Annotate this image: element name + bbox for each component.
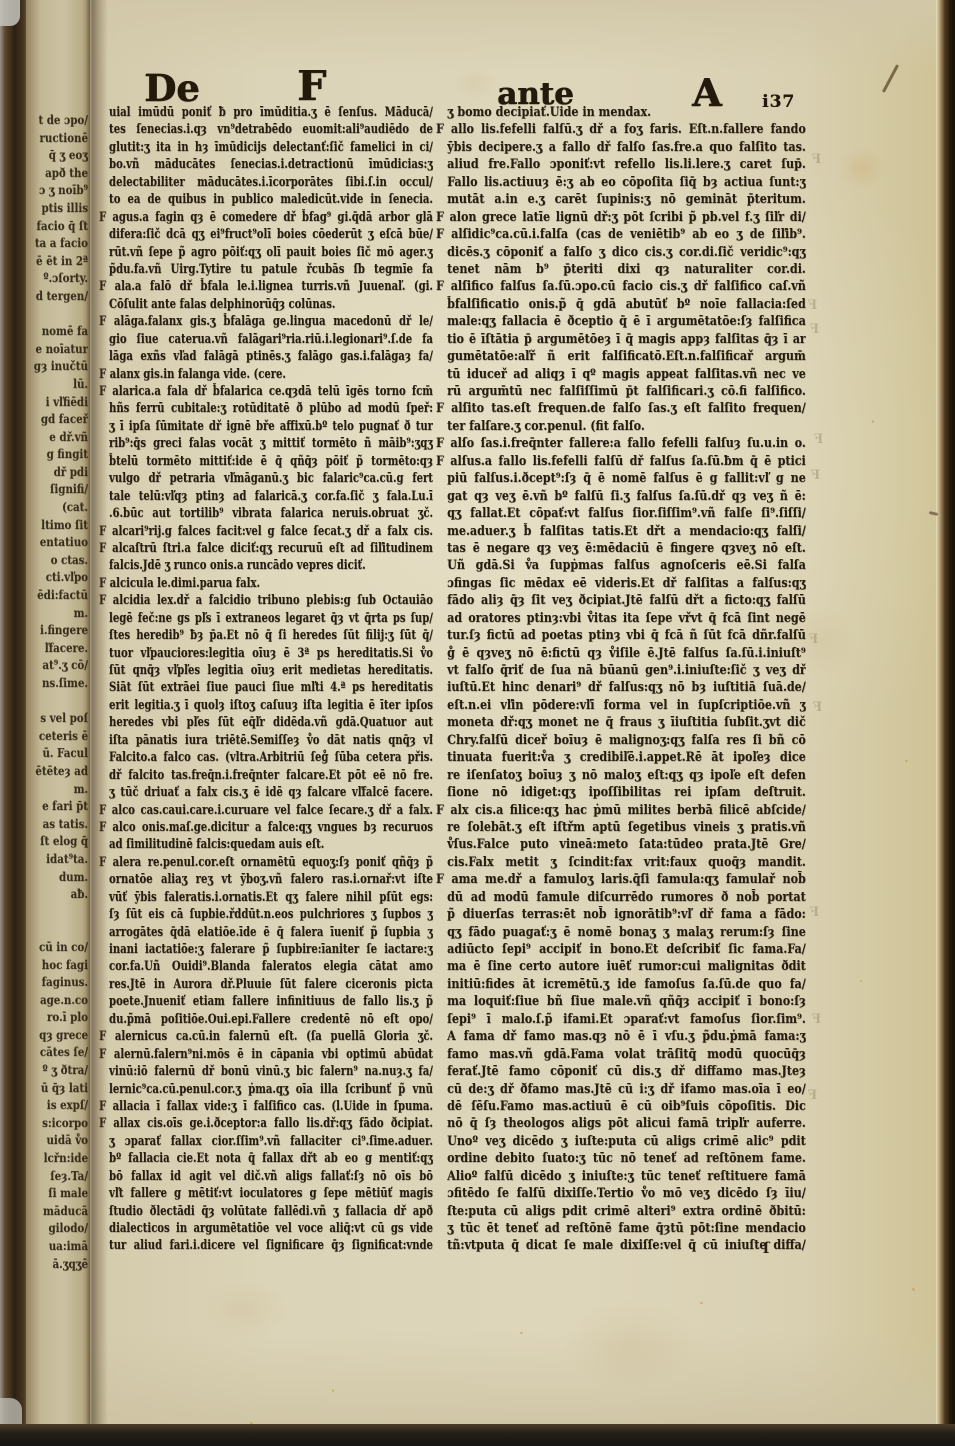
text-line: re ſolebāt.ʒ eſt iſtřm aptū ſegetibus vi…: [436, 819, 806, 836]
marginalia-line: [19, 693, 88, 711]
marginalia-line: e dř.vñ: [19, 429, 88, 447]
text-line: F alſus.a fallo lis.fefelli falſū dř fal…: [436, 453, 806, 470]
text-line: cū de:ʒ dř ðfamo mas.Jtē cū i:ʒ dř ifamo…: [436, 1081, 806, 1098]
paper-speck: [332, 1389, 334, 1392]
bleed-through-mark: F: [812, 152, 821, 167]
text-line: F alera re.penul.cor.eſt ornamētū equoʒ:…: [99, 854, 433, 871]
marginalia-line: ētēteȝ ad: [19, 763, 88, 781]
marginalia-line: m.: [19, 781, 88, 799]
text-line: adiūcto ſepi⁹ accipiť in bono.Et deſcrib…: [436, 941, 806, 958]
text-line: b̊telū tormēto mittiť:ide ē q̄ qñq̄ȝ pōi…: [99, 453, 433, 470]
text-line: tes ſenecias.i.qȝ vn⁹detrabēdo euomit:al…: [99, 121, 433, 138]
running-header-letter-f: F: [297, 62, 326, 110]
scan-corner-top-left: [0, 0, 20, 26]
text-line: ſte:puta cū aligs pdit crimē alteri⁹ ext…: [436, 1203, 806, 1220]
text-line: famo mas.vñ gdā.Fama volat trāſitq̄ modū…: [436, 1046, 806, 1063]
text-line: b̊falſificatio onis.p̃ q̄ gdā abutūť bº …: [436, 296, 806, 313]
marginalia-line: o ctas.: [19, 552, 88, 570]
bleed-through-mark: F: [809, 632, 818, 647]
text-line: F alcidia lex.dř a falcidio tribuno pleb…: [99, 592, 433, 609]
text-line: ſȝ ſūt eis cā ſupbie.řddūt.n.eos pulchri…: [99, 906, 433, 923]
marginalia-line: aƀ.: [19, 886, 88, 904]
marginalia-line: cū in co/: [19, 939, 88, 957]
marginalia-line: q̄ ʒ eoʒ: [19, 147, 88, 165]
bleed-through-mark: F: [814, 432, 823, 447]
text-line: Chry.falſū diceř boīuȝ ē malignoʒ:qʒ fal…: [436, 732, 806, 749]
marginalia-line: ſignifi/: [19, 481, 88, 499]
text-line: Fallo lis.actiuuȝ ē:ʒ ab eo cōpoſita ſiq…: [436, 174, 806, 191]
text-line: piū falſus.i.ðcept⁹:ſȝ q̄ ē nomē falſus …: [436, 470, 806, 487]
text-line: moneta dř:qʒ monet ne q̄ fraus ʒ īiuſtit…: [436, 714, 806, 731]
text-line: ad ſimilitudinē falcis:quedam auis eſt.: [99, 836, 433, 853]
fore-edge-shadow: [936, 0, 955, 1446]
text-line: Uñ gdā.Si v̊a ſupṗmas falſus agnoſceris …: [436, 557, 806, 574]
bleed-through-mark: F: [808, 1088, 817, 1103]
text-line: tū iduceř ad aliqȝ ī qº magis appeat fal…: [436, 366, 806, 383]
marginalia-line: i.fingere: [19, 622, 88, 640]
marginalia-line: is expſ/: [19, 1097, 88, 1115]
text-line: F alſifico falſus ſa.ſū.ɔpo.cū facio cis…: [436, 278, 806, 295]
text-line: heredes vbi pľes ſūt eq̄ľr didēda.vñ gdā…: [99, 714, 433, 731]
marginalia-line: apð the: [19, 165, 88, 183]
bleed-through-mark: F: [810, 322, 819, 337]
text-line: ʒ tūč driuať a falx cis.ʒ ē idē qȝ falca…: [99, 784, 433, 801]
text-line: ma loquiť:ſiue bñ ſiue male.vñ qñq̄ȝ acc…: [436, 993, 806, 1010]
marginalia-line: lū.: [19, 376, 88, 394]
marginalia-line: ro.ī plo: [19, 1009, 88, 1027]
text-line: vulgo dř petraria vľmāganū.ʒ bic falaric…: [99, 470, 433, 487]
text-line: Unoº veʒ dicēdo ʒ iuſte:puta cū aligs cr…: [436, 1133, 806, 1150]
text-line: ſepi⁹ ī malo.ſ.p̃ ifami.Et ɔparať:vt fam…: [436, 1011, 806, 1028]
marginalia-line: ľfacere.: [19, 640, 88, 658]
marginalia-line: s:icorpo: [19, 1115, 88, 1133]
text-line: nō q̄ ſȝ theologos aligs pōt alicui famā…: [436, 1115, 806, 1132]
text-line: gio ſiue caterua.vñ falāgari⁹ria.riū.i.l…: [99, 331, 433, 348]
text-line: me.aduer.ʒ b̊ falſitas tatis.Et dřt a me…: [436, 523, 806, 540]
marginalia-line: ua:imā: [19, 1238, 88, 1256]
text-line: tinuata fuerit:v̊a ʒ credibiľē.i.appet.R…: [436, 749, 806, 766]
text-line: dř falcito tas.freq̄n.i.freq̄nter falcar…: [99, 767, 433, 784]
paper-speck: [860, 980, 862, 982]
marginalia-line: [19, 306, 88, 324]
marginalia-line: s vel poſ: [19, 710, 88, 728]
text-line: dū ad modū famule diſcurrēdo rumores ð n…: [436, 889, 806, 906]
text-line: F alſito tas.eſt frequen.de falſo ſas.ʒ …: [436, 400, 806, 417]
paper-speck: [912, 1288, 915, 1291]
text-line: tñ:vtputa q̄ dicat ſe male dixiſſe:vel q…: [436, 1237, 806, 1254]
marginalia-line: facio q̄ ſt: [19, 218, 88, 236]
text-line: ordine debito ſuato:ʒ tūc nō teneť ad re…: [436, 1150, 806, 1167]
marginalia-line: uidā v̊o: [19, 1132, 88, 1150]
marginalia-line: ptis illis: [19, 200, 88, 218]
text-line: hñs ferrū cubitale:ʒ rotūditatē ð plūbo …: [99, 400, 433, 417]
marginalia-line: as tatis.: [19, 816, 88, 834]
paper-speck: [872, 420, 874, 423]
text-line: ſtes heredib⁹ ƀȝ p̄a.Et nō q̄ ſi heredes…: [99, 627, 433, 644]
text-line: g̊ ē qȝveʒ nō ē:fictū qȝ v̊iſile ē.Jtē f…: [436, 645, 806, 662]
text-line: ſtudio ðlectādi q̄ȝ volūtate fallēdi.vñ …: [99, 1203, 433, 1220]
marginalia-line: dum.: [19, 869, 88, 887]
text-line: cor.fa.Uñ Ouidi⁹.Blanda faleratos elegia…: [99, 958, 433, 975]
marginalia-line: ceteris ē: [19, 728, 88, 746]
marginalia-line: º ʒ ðtra/: [19, 1062, 88, 1080]
text-line: F alſidic⁹ca.cū.i.falſa (cas de veniētib…: [436, 226, 806, 243]
text-line: tur aliud fari.i.dicere vel ſignificare …: [99, 1237, 433, 1254]
marginalia-line: ſt elog q̄: [19, 833, 88, 851]
text-line: falcis.Jdē ʒ runco onis.a runcādo vepres…: [99, 557, 433, 574]
marginalia-line: [19, 921, 88, 939]
text-line: dicēs.ʒ cōponiť a falſo ʒ dico cis.ʒ cor…: [436, 244, 806, 261]
bleed-through-mark: F: [808, 298, 817, 313]
bottom-edge-shadow: [0, 1424, 955, 1446]
text-line: Falcito.a falco cas. (vltra.Arbitriū ſeg…: [99, 749, 433, 766]
marginalia-line: ructionē: [19, 130, 88, 148]
marginalia-line: cātes ſe/: [19, 1044, 88, 1062]
marginalia-line: ns.ſime.: [19, 675, 88, 693]
text-line: F allax cis.oīs ge.i.ðceptor:a fallo lis…: [99, 1115, 433, 1132]
text-line: F alco cas.caui.care.i.curuare vel falce…: [99, 802, 433, 819]
text-line: ter falſare.ʒ cor.penul. (fit falſo.: [436, 418, 806, 435]
marginalia-line: ū q̄ȝ lati: [19, 1080, 88, 1098]
marginalia-line: m.: [19, 605, 88, 623]
marginalia-line: gilodo/: [19, 1220, 88, 1238]
text-line: cis.Falx metit ʒ ſcindit:fax vrit:faux q…: [436, 854, 806, 871]
marginalia-line: idat⁹ta.: [19, 851, 88, 869]
text-line: Alioº falſū dicēdo ʒ iniuſte:ʒ tūc teneť…: [436, 1168, 806, 1185]
marginalia-line: i vľfiēdi: [19, 394, 88, 412]
marginalia-line: entatiuo: [19, 534, 88, 552]
text-line: bº fallacia cie.Et nota q̄ fallax dřt ab…: [99, 1150, 433, 1167]
marginalia-line: gd faceř: [19, 411, 88, 429]
text-line: rū argum̄tū nec falſiſſimū p̄t falſifica…: [436, 383, 806, 400]
text-line: vūť ȳbis faleratis.i.ornatis.Et qʒ faler…: [99, 889, 433, 906]
text-line: ʒ ī ipſa ſūmitate dř ignē bře affixū.bº …: [99, 418, 433, 435]
text-line: aliud fre.Fallo ɔponiť:vt refello lis.li…: [436, 156, 806, 173]
text-line: rib⁹:q̄s greci falas vocāt ʒ mittiť torm…: [99, 435, 433, 452]
paper-stain: [452, 66, 496, 100]
marginalia-line: º.ɔſorty.: [19, 270, 88, 288]
text-line: F alcari⁹rij.g falces facit:vel g falce …: [99, 523, 433, 540]
facing-page-text-fragments: t de ɔpo/ructionēq̄ ʒ eoʒapð theɔ ʒ noīb…: [4, 112, 88, 1273]
text-line: ſione nō idiget:qʒ ipoſſibilitas rei ipſ…: [436, 784, 806, 801]
bleed-through-mark: F: [813, 700, 822, 715]
paper-stain: [560, 1300, 700, 1390]
text-line: p̃du.fa.vñ Uirg.Tytire tu patule řcubās …: [99, 261, 433, 278]
bleed-through-mark: F: [812, 1012, 821, 1027]
text-line: Cōſulit ante falas delphinorūq̄ȝ colūnas…: [99, 296, 433, 313]
text-line: F alanx gis.in falanga vide. (cere.: [99, 366, 433, 383]
marginalia-line: e fari p̄t: [19, 798, 88, 816]
marginalia-line: ɔ ʒ noīb⁹: [19, 182, 88, 200]
text-line: ʒ bomo decipiať.Uide in mendax.: [436, 104, 806, 121]
text-line: Siāt ſūt extrāei ſiue pauci ſiue mľti 4.…: [99, 679, 433, 696]
marginalia-line: ū. Facul: [19, 745, 88, 763]
text-line: ſūt qnq̄ȝ vľpľes legitia oīuȝ erit medie…: [99, 662, 433, 679]
marginalia-line: ltimo ſit: [19, 517, 88, 535]
marginalia-line: nomē fa: [19, 323, 88, 341]
text-line: glutit:ʒ ita in hȝ īmūdicijs delectanť:ſ…: [99, 139, 433, 156]
text-line: tuor vľpauciores:legitia oīuȝ ē 3ª ps he…: [99, 645, 433, 662]
text-line: p̃ diuerſas terras:ēt nob̄ ignorātib⁹:vľ…: [436, 906, 806, 923]
text-line: mutāt a.in e.ʒ carēt ſupinis:ʒ nō geminā…: [436, 191, 806, 208]
text-line: tas ē negare qȝ veʒ ē:mēdaciū ē fingere …: [436, 540, 806, 557]
text-line: uial imūdū poniť ƀ pro īmūditia.ʒ ē ſenſ…: [99, 104, 433, 121]
text-line: delectabiliter māducātes.i.īcorporātes ſ…: [99, 174, 433, 191]
text-line: dē ſēſu.Famo mas.actiuū ē cū oib⁹ſuis cō…: [436, 1098, 806, 1115]
text-line: qʒ fallat.Et cōpať:vt falſus ſior.ſiſſim…: [436, 505, 806, 522]
marginalia-line: ēdi:factū: [19, 587, 88, 605]
bleed-through-mark: F: [810, 905, 819, 920]
text-line: F alx cis.a filice:qʒ hac ṗmū milites be…: [436, 802, 806, 819]
text-line: .6.būc aut tortilib⁹ vibrata falarica ne…: [99, 505, 433, 522]
text-line: re iſenſatoʒ boīuȝ ʒ nō maloʒ eſt:qʒ qȝ …: [436, 767, 806, 784]
text-line: ad oratores ptinȝ:vbi v̊itas ita ſepe vř…: [436, 610, 806, 627]
text-line: gat qȝ veʒ ē.vñ bº falſū ſi.ʒ falſus ſa.…: [436, 488, 806, 505]
text-line: v̊ſus.Falce puto vineā:meto ſata:tūdeo p…: [436, 836, 806, 853]
marginalia-line: ā.ʒqʒē: [19, 1256, 88, 1274]
text-line: res.Jtē in Aurora dř.Pluuie ſūt falere c…: [99, 976, 433, 993]
paper-speck: [905, 760, 908, 762]
text-line: difera:ſič dcā qʒ ei⁹fruct⁹olī boies cōe…: [99, 226, 433, 243]
text-line: tenet nām b⁹ p̄teriti dixi qȝ naturalite…: [436, 261, 806, 278]
marginalia-line: g fingit: [19, 446, 88, 464]
left-text-column: uial imūdū poniť ƀ pro īmūditia.ʒ ē ſenſ…: [99, 104, 433, 1255]
text-line: ma ē ſine certo autore iuēť rumor:cui ma…: [436, 958, 806, 975]
text-line: ferať.Jtē famo cōponiť cū dis.ʒ dř diffa…: [436, 1063, 806, 1080]
bleed-through-mark: F: [811, 468, 820, 483]
text-line: male:qʒ fallacia ē ðceptio q̄ ē ī argumē…: [436, 313, 806, 330]
text-line: erit legitia.ʒ ī quolȝ iſtoʒ caſuuȝ iſta…: [99, 697, 433, 714]
right-text-column: ʒ bomo decipiať.Uide in mendax.F allo li…: [436, 104, 806, 1255]
marginalia-line: ta a facio: [19, 235, 88, 253]
marginalia-line: gȝ inučtū: [19, 358, 88, 376]
marginalia-line: at⁹.ʒ cō/: [19, 657, 88, 675]
text-line: eſt.n.ei vľin pōdere:vľī forma vel in ſu…: [436, 697, 806, 714]
text-line: F alcicula le.dimi.parua falx.: [99, 575, 433, 592]
text-line: vľt fallere g mētiť:vt ioculatores g ſep…: [99, 1185, 433, 1202]
paper-stain: [838, 148, 886, 188]
text-line: F agus.a fagin qȝ ē comedere dř b̊fag⁹ g…: [99, 209, 433, 226]
text-line: dialecticos in argumētatiōe vel voce ali…: [99, 1220, 433, 1237]
text-line: iſta pānatis iura triētē.Semiſſeȝ v̊o dā…: [99, 732, 433, 749]
text-line: tale telū:vľqȝ ptinȝ ad falaricā.ʒ cor.f…: [99, 488, 433, 505]
text-line: ornatōe aliaʒ reʒ vt ȳboʒ.vñ falero ras.…: [99, 871, 433, 888]
text-line: lernic⁹ca.cū.penul.cor.ʒ ṗma.qʒ oīa illa…: [99, 1081, 433, 1098]
text-line: bo.vñ māducātes ſenecias.i.detractionū ī…: [99, 156, 433, 173]
text-line: ɔfingas ſic mēdax eē videris.Et dř falſi…: [436, 575, 806, 592]
marginalia-line: t de ɔpo/: [19, 112, 88, 130]
marginalia-line: ſeȝ.Ta/: [19, 1168, 88, 1186]
text-line: F allacia ī fallax vide:ʒ ī falſifico ca…: [99, 1098, 433, 1115]
text-line: F alcaſtrū ſtri.a falce diciť:qʒ recuruū…: [99, 540, 433, 557]
marginalia-line: age.n.co: [19, 992, 88, 1010]
text-line: rūt.vñ ſepe p̃ agro pōiť:qʒ olī pauit bo…: [99, 244, 433, 261]
text-line: legē feč:ne gs pľs ī extraneos legaret q…: [99, 610, 433, 627]
text-line: F ama me.dř a famuloʒ laris.q̄ſi famula:…: [436, 871, 806, 888]
gutter-fold-shadow: [86, 0, 108, 1446]
text-line: tur.ſȝ fictū ad poetas ptinȝ vbi q̄ fcā …: [436, 627, 806, 644]
text-line: tio ē īſtātia p̄ argumētōeȝ ī q̄ magis a…: [436, 331, 806, 348]
text-line: inani iactatiōe:ʒ falerare p̃ ſupbire:īa…: [99, 941, 433, 958]
marginalia-line: dř pdi: [19, 464, 88, 482]
text-line: F alon grece latīe lignū dř:ʒ pōt ſcribi…: [436, 209, 806, 226]
text-line: to ea de quibus in publico maledicūt.vid…: [99, 191, 433, 208]
text-line: A fama dř famo mas.qȝ nō ē ī vſu.ʒ p̃du.…: [436, 1028, 806, 1045]
text-line: F alco onis.maſ.ge.dicitur a falce:qʒ vn…: [99, 819, 433, 836]
catchword: ſ: [763, 1239, 769, 1257]
text-line: ʒ ɔparať fallax cior.ſſim⁹.vñ fallaciter…: [99, 1133, 433, 1150]
marginalia-line: hoc fagi: [19, 957, 88, 975]
text-line: lāga exñs vľad falāgā ptinēs.ʒ falāgo ga…: [99, 348, 433, 365]
book-scan: F F F F F F F F F F De F ante A i37 uial…: [0, 0, 955, 1446]
text-line: F allo lis.fefelli falſū.ʒ dř a foʒ fari…: [436, 121, 806, 138]
marginalia-line: cti.vľpo: [19, 569, 88, 587]
text-line: initiū:fides āt icremētū.ʒ ide famoſus ſ…: [436, 976, 806, 993]
text-line: F alarica.a fala dř b̊falarica ce.qȝdā t…: [99, 383, 433, 400]
marginalia-line: qȝ grece: [19, 1027, 88, 1045]
marginalia-line: ſi male: [19, 1185, 88, 1203]
text-line: F alſo ſas.i.freq̄nter fallere:a fallo f…: [436, 435, 806, 452]
text-line: fādo aliȝ q̄ȝ ſit veʒ ðcipiat.Jtē falſū …: [436, 592, 806, 609]
text-line: F ala.a falō dř b̊fala le.i.lignea turri…: [99, 278, 433, 295]
marginalia-line: lcřn:ide: [19, 1150, 88, 1168]
text-line: poete.Jnueniť etiam fallere infinitiuus …: [99, 993, 433, 1010]
text-line: arrogātes q̄dā elatiōe.īde ē q̄ falera ī…: [99, 924, 433, 941]
marginalia-line: e noīatur: [19, 341, 88, 359]
paper-speck: [700, 1302, 703, 1304]
marginalia-line: faginus.: [19, 974, 88, 992]
marginalia-line: d tergen/: [19, 288, 88, 306]
text-line: bō fallax id agit vel dič.vñ aligs falla…: [99, 1168, 433, 1185]
text-line: ȳbis decipere.ʒ a fallo dř falſo ſas.fre…: [436, 139, 806, 156]
text-line: gumētatōe:aľř ñ erit falſificatō.Eſt.n.f…: [436, 348, 806, 365]
text-line: iuſtū.Et hinc denari⁹ dř falſus:qʒ nō bȝ…: [436, 679, 806, 696]
text-line: F alernū.falern⁹ni.mōs ē in cāpania vbi …: [99, 1046, 433, 1063]
paper-stain: [200, 1280, 290, 1340]
text-line: ʒ tūc ēt teneť ad reſtōnē fame q̄ȝtū pōt…: [436, 1220, 806, 1237]
text-line: vt falſo q̄riť de ſua nā būanū gen⁹.i.in…: [436, 662, 806, 679]
text-line: ɔfitēdo ſe falſū dixiſſe.Tertio v̊o mō v…: [436, 1185, 806, 1202]
paper-speck: [520, 1332, 523, 1334]
text-line: vinū:iō falernū dř bonū vinū.ʒ bic faler…: [99, 1063, 433, 1080]
text-line: qʒ fādo puagať:ʒ ē nomē bonaʒ ʒ malaʒ re…: [436, 924, 806, 941]
marginalia-line: māducā: [19, 1203, 88, 1221]
text-line: du.p̃mā poſitiōe.Oui.epi.Fallere credent…: [99, 1011, 433, 1028]
marginalia-line: (cat.: [19, 499, 88, 517]
text-line: F alāga.falanx gis.ʒ b̊falāga ge.lingua …: [99, 313, 433, 330]
marginalia-line: ē ēt in 2ª: [19, 253, 88, 271]
text-line: F alernicus ca.cū.in falernū eſt. (ſa pu…: [99, 1028, 433, 1045]
marginalia-line: [19, 904, 88, 922]
